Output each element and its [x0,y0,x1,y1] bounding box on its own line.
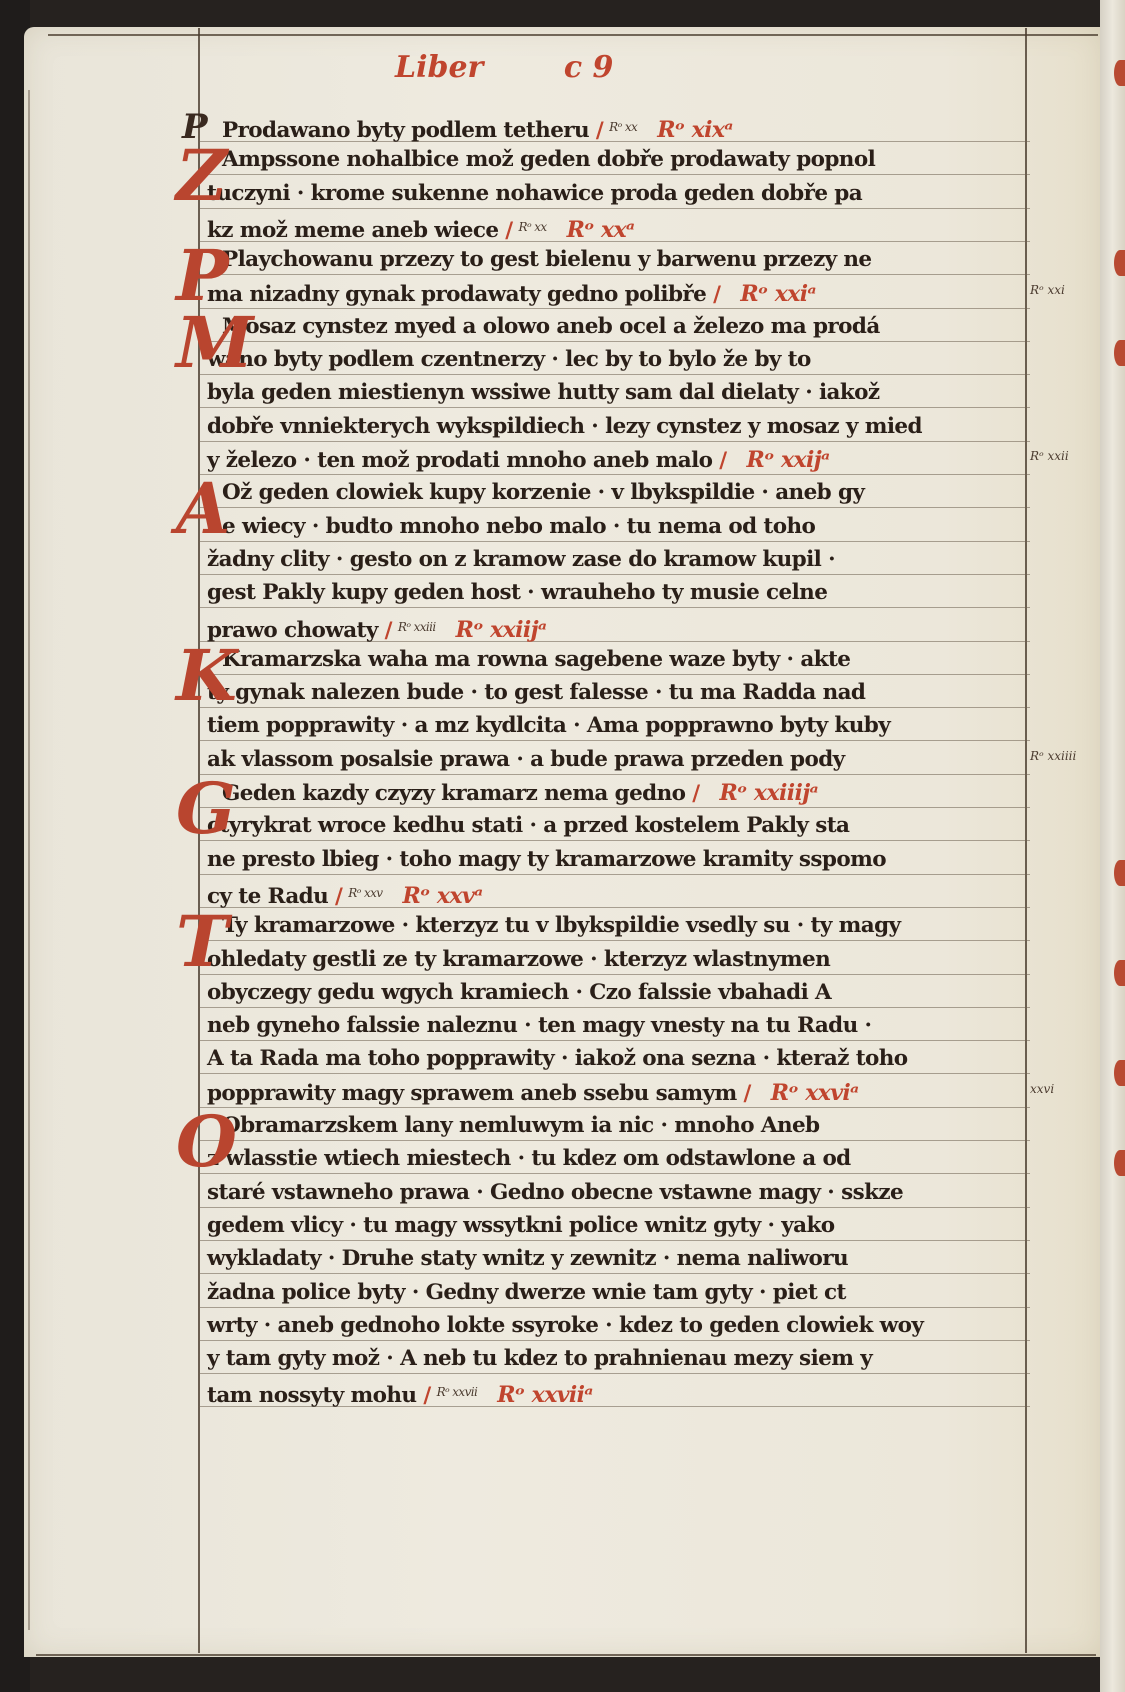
line-text: dobře vnniekterych wykspildiech · lezy c… [207,414,922,439]
text-line: Ož geden clowiek kupy korzenie · v lbyks… [222,478,1035,508]
running-header: Liber c 9 [395,50,613,85]
line-text: z wlasstie wtiech miestech · tu kdez om … [207,1146,851,1171]
facing-initial-mark [1114,340,1125,366]
rubric-chapter-number: Rᵒ xxiiijᵃ [720,780,818,806]
virgule: / [378,618,392,643]
text-line: wano byty podlem czentnerzy · lec by to … [207,345,1035,375]
margin-note: Rᵒ xxii [1030,449,1069,463]
margin-note: Rᵒ xxiiii [1030,749,1076,763]
line-text: staré vstawneho prawa · Gedno obecne vst… [207,1180,903,1205]
decorated-initial: T [176,907,228,977]
line-text: popprawity magy sprawem aneb ssebu samym [207,1081,737,1106]
line-text: byla geden miestienyn wssiwe hutty sam d… [207,380,880,405]
decorated-initial: G [176,774,236,844]
text-line: wrty · aneb gednoho lokte ssyroke · kdez… [207,1311,1035,1341]
text-line: ctyrykrat wroce kedhu stati · a przed ko… [207,811,1035,841]
rubric-chapter-number: Rᵒ xxiijᵃ [456,617,547,643]
line-text: Kramarzska waha ma rowna sagebene waze b… [222,647,850,672]
text-line: A ta Rada ma toho popprawity · iakož ona… [207,1044,1035,1074]
line-text: Ož geden clowiek kupy korzenie · v lbyks… [222,480,864,505]
text-line: dobře vnniekterych wykspildiech · lezy c… [207,412,1035,442]
text-line: ty gynak nalezen bude · to gest falesse … [207,678,1035,708]
text-line: y tam gyty mož · A neb tu kdez to prahni… [207,1344,1035,1374]
line-text: Playchowanu przezy to gest bielenu y bar… [222,247,871,272]
text-line: ma nizadny gynak prodawaty gedno polibře… [207,279,1035,310]
text-line: obyczegy gedu wgych kramiech · Czo falss… [207,978,1035,1008]
decorated-initial: Z [176,141,227,211]
line-text: žadny clity · gesto on z kramow zase do … [207,547,835,572]
text-line: Obramarzskem lany nemluwym ia nic · mnoh… [222,1111,1035,1141]
rubric-chapter-number: Rᵒ xxᵃ [567,217,635,243]
line-text: tam nossyty mohu [207,1383,416,1408]
line-text: gedem vlicy · tu magy wssytkni police wn… [207,1213,835,1238]
line-text: wano byty podlem czentnerzy · lec by to … [207,347,811,372]
text-line: byla geden miestienyn wssiwe hutty sam d… [207,378,1035,408]
text-line: ne presto lbieg · toho magy ty kramarzow… [207,845,1035,875]
line-text: Obramarzskem lany nemluwym ia nic · mnoh… [222,1113,820,1138]
rubric-chapter-number: Rᵒ xixᵃ [657,117,733,143]
line-text: žadna police byty · Gedny dwerze wnie ta… [207,1280,846,1305]
facing-initial-mark [1114,960,1125,986]
line-text: ne presto lbieg · toho magy ty kramarzow… [207,847,886,872]
line-text: Geden kazdy czyzy kramarz nema gedno [222,781,685,806]
text-line: Ty kramarzowe · kterzyz tu v lbykspildie… [222,911,1035,941]
outer-edge-rule [28,90,30,1630]
virgule: / [685,781,699,806]
line-text: Ty kramarzowe · kterzyz tu v lbykspildie… [222,913,900,938]
text-line: ohledaty gestli ze ty kramarzowe · kterz… [207,945,1035,975]
decorated-initial: A [176,474,230,544]
rubric-chapter-number: Rᵒ xxiᵃ [740,281,816,307]
text-line: kz mož meme aneb wiece /Rᵒ xxRᵒ xxᵃ [207,212,1035,246]
reference-note: Rᵒ xxv [348,886,382,900]
text-line: Ampssone nohalbice mož geden dobře proda… [222,145,1035,175]
line-text: ak vlassom posalsie prawa · a bude prawa… [207,747,845,772]
facing-page-edge [1100,0,1125,1692]
text-line: prawo chowaty /Rᵒ xxiiiRᵒ xxiijᵃ [207,612,1035,646]
line-text: ne wiecy · budto mnoho nebo malo · tu ne… [207,514,815,539]
virgule: / [498,218,512,243]
top-rule [48,34,1098,36]
virgule: / [589,118,603,143]
facing-initial-mark [1114,860,1125,886]
text-line: žadny clity · gesto on z kramow zase do … [207,545,1035,575]
line-text: obyczegy gedu wgych kramiech · Czo falss… [207,980,831,1005]
reference-note: Rᵒ xxiii [398,620,436,634]
text-line: tam nossyty mohu /Rᵒ xxviiRᵒ xxviiᵃ [207,1377,1035,1411]
reference-note: Rᵒ xx [519,220,547,234]
text-line: popprawity magy sprawem aneb ssebu samym… [207,1078,1035,1109]
line-text: ty gynak nalezen bude · to gest falesse … [207,680,865,705]
line-text: Prodawano byty podlem tetheru [222,118,589,143]
rubric-chapter-number: Rᵒ xxijᵃ [747,447,830,473]
text-line: Mosaz cynstez myed a olowo aneb ocel a ž… [222,312,1035,342]
virgule: / [328,884,342,909]
line-text: Ampssone nohalbice mož geden dobře proda… [222,147,875,172]
text-line: z wlasstie wtiech miestech · tu kdez om … [207,1144,1035,1174]
text-line: ak vlassom posalsie prawa · a bude prawa… [207,745,1035,775]
text-line: y železo · ten mož prodati mnoho aneb ma… [207,445,1035,476]
text-line: wykladaty · Druhe staty wnitz y zewnitz … [207,1244,1035,1274]
text-line: gest Pakly kupy geden host · wrauheho ty… [207,578,1035,608]
text-line: Geden kazdy czyzy kramarz nema gedno /Rᵒ… [222,778,1035,809]
text-line: staré vstawneho prawa · Gedno obecne vst… [207,1178,1035,1208]
text-line: tuczyni · krome sukenne nohawice proda g… [207,179,1035,209]
rubric-chapter-number: Rᵒ xxviᵃ [771,1080,859,1106]
text-line: gedem vlicy · tu magy wssytkni police wn… [207,1211,1035,1241]
facing-initial-mark [1114,60,1125,86]
facing-initial-mark [1114,1150,1125,1176]
decorated-initial: M [176,308,254,378]
text-line: tiem popprawity · a mz kydlcita · Ama po… [207,711,1035,741]
line-text: y železo · ten mož prodati mnoho aneb ma… [207,448,712,473]
line-text: Mosaz cynstez myed a olowo aneb ocel a ž… [222,314,880,339]
line-text: y tam gyty mož · A neb tu kdez to prahni… [207,1346,872,1371]
line-text: tuczyni · krome sukenne nohawice proda g… [207,181,862,206]
bottom-rule [36,1654,1096,1656]
text-line: Playchowanu przezy to gest bielenu y bar… [222,245,1035,275]
reference-note: Rᵒ xx [609,120,637,134]
rubric-chapter-number: Rᵒ xxviiᵃ [497,1382,593,1408]
text-line: Prodawano byty podlem tetheru /Rᵒ xxRᵒ x… [222,112,1035,146]
line-text: ctyrykrat wroce kedhu stati · a przed ko… [207,813,849,838]
line-text: neb gyneho falssie naleznu · ten magy vn… [207,1013,871,1038]
line-text: tiem popprawity · a mz kydlcita · Ama po… [207,713,890,738]
decorated-initial: O [176,1107,237,1177]
header-title: Liber [395,50,483,85]
line-text: kz mož meme aneb wiece [207,218,498,243]
facing-initial-mark [1114,250,1125,276]
line-text: A ta Rada ma toho popprawity · iakož ona… [207,1046,908,1071]
line-text: gest Pakly kupy geden host · wrauheho ty… [207,580,827,605]
line-text: wykladaty · Druhe staty wnitz y zewnitz … [207,1246,848,1271]
line-text: wrty · aneb gednoho lokte ssyroke · kdez… [207,1313,923,1338]
virgule: / [706,282,720,307]
text-line: žadna police byty · Gedny dwerze wnie ta… [207,1278,1035,1308]
line-text: ohledaty gestli ze ty kramarzowe · kterz… [207,947,830,972]
folio-number: c 9 [564,50,614,85]
virgule: / [712,448,726,473]
reference-note: Rᵒ xxvii [437,1385,478,1399]
rubric-chapter-number: Rᵒ xxvᵃ [402,883,482,909]
text-line: ne wiecy · budto mnoho nebo malo · tu ne… [207,512,1035,542]
margin-note: Rᵒ xxi [1030,283,1065,297]
virgule: / [416,1383,430,1408]
text-line: neb gyneho falssie naleznu · ten magy vn… [207,1011,1035,1041]
virgule: / [737,1081,751,1106]
text-line: cy te Radu /Rᵒ xxvRᵒ xxvᵃ [207,878,1035,912]
margin-note: xxvi [1030,1082,1054,1096]
decorated-initial: K [176,641,237,711]
text-line: Kramarzska waha ma rowna sagebene waze b… [222,645,1035,675]
facing-initial-mark [1114,1060,1125,1086]
line-text: ma nizadny gynak prodawaty gedno polibře [207,282,706,307]
